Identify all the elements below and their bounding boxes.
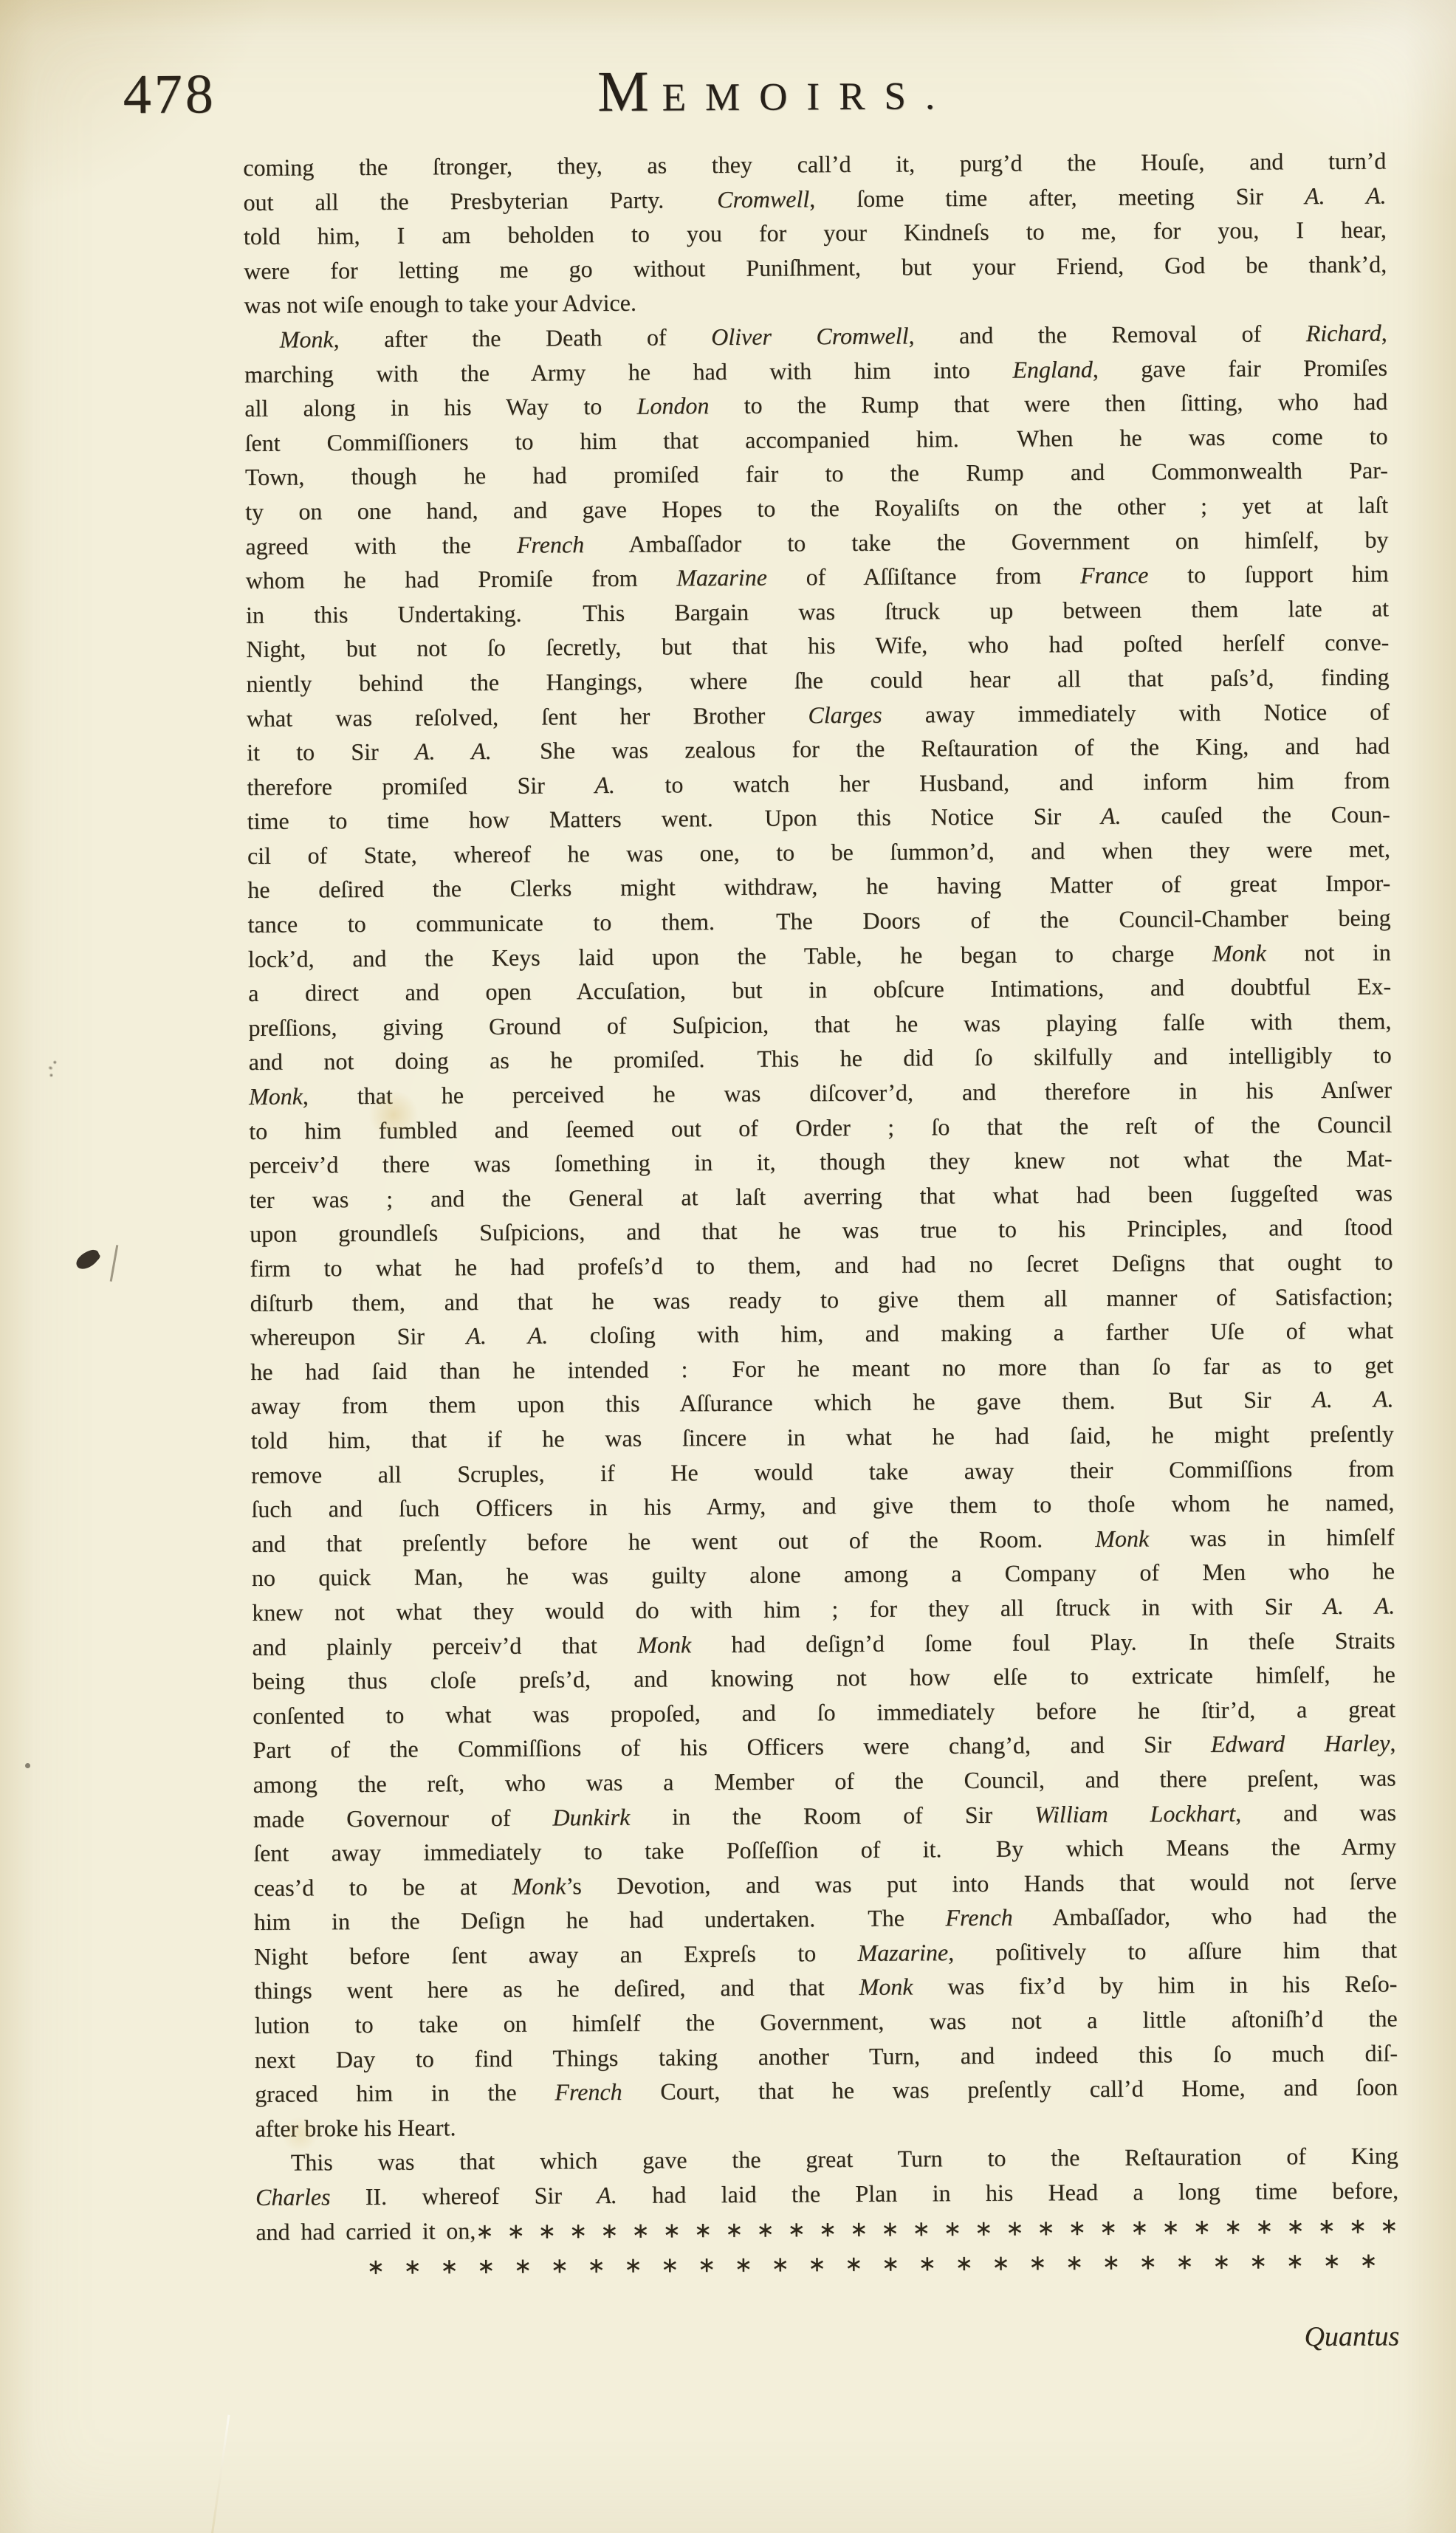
proper-noun-italic: Monk	[859, 1974, 913, 2000]
text-segment: Night, but not ſo ſecretly, but that his…	[246, 629, 1389, 662]
running-title-initial: M	[597, 59, 662, 124]
text-segment: cil of State, whereof he was one, to be …	[247, 835, 1390, 868]
proper-noun-italic: Monk	[249, 1083, 303, 1110]
text-segment: ty on one hand, and gave Hopes to the Ro…	[245, 491, 1388, 524]
proper-noun-italic: A. A.	[466, 1322, 548, 1350]
page-header: 478 MEMOIRS.	[0, 53, 1449, 151]
text-segment: all along in his Way to	[244, 393, 636, 422]
text-segment: not in	[1266, 938, 1391, 966]
text-segment: of Aſſiſtance from	[767, 562, 1080, 591]
text-segment: lock’d, and the Keys laid upon the Table…	[248, 940, 1212, 972]
text-segment: was not wiſe enough to take your Advice.	[244, 289, 636, 318]
text-segment: away from them upon this Aſſurance which…	[250, 1387, 1312, 1420]
proper-noun-italic: Mazarine	[857, 1939, 948, 1966]
text-segment: conſented to what was propoſed, and ſo i…	[253, 1695, 1395, 1728]
text-segment: told him, that if he was ſincere in what…	[251, 1420, 1394, 1453]
proper-noun-italic: Charles	[255, 2183, 331, 2210]
text-segment: ſuch and ſuch Officers in his Army, and …	[251, 1489, 1394, 1522]
text-segment: , after the Death of	[333, 323, 711, 352]
text-segment: a direct and open Accuſation, but in obſ…	[248, 973, 1391, 1006]
text-segment: was fix’d by him in his Reſo-	[913, 1971, 1397, 2000]
page-content: 478 MEMOIRS. coming the ſtronger, they, …	[0, 0, 1456, 2533]
text-segment: ’s Devotion, and was put into Hands that…	[566, 1867, 1396, 1899]
proper-noun-italic: A.	[594, 772, 615, 798]
proper-noun-italic: Oliver Cromwell	[711, 322, 909, 350]
text-segment: ſent Commiſſioners to him that accompani…	[244, 422, 1387, 456]
text-segment: II. whereof Sir	[330, 2182, 597, 2210]
catchword: Quantus	[1304, 2320, 1399, 2353]
text-segment: him in the Deſign he had undertaken. The	[254, 1905, 946, 1936]
proper-noun-italic: England	[1012, 356, 1093, 383]
text-segment: to ſupport him	[1148, 560, 1388, 588]
text-segment: next Day to find Things taking another T…	[255, 2039, 1398, 2072]
proper-noun-italic: Dunkirk	[552, 1803, 630, 1830]
text-segment: diſturb them, and that he was ready to g…	[250, 1282, 1393, 1316]
proper-noun-italic: A. A.	[1312, 1386, 1393, 1413]
proper-noun-italic: A.	[597, 2182, 617, 2208]
proper-noun-italic: French	[554, 2078, 622, 2106]
text-segment: upon groundleſs Suſpicions, and that he …	[250, 1214, 1393, 1247]
proper-noun-italic: A. A.	[1323, 1592, 1395, 1619]
running-title: MEMOIRS.	[47, 53, 1456, 128]
proper-noun-italic: Monk	[637, 1631, 691, 1658]
text-segment: , and was	[1235, 1799, 1396, 1826]
text-segment: had laid the Plan in his Head a long tim…	[617, 2177, 1398, 2208]
proper-noun-italic: French	[945, 1904, 1012, 1931]
text-segment: and not doing as he promiſed. This he di…	[249, 1042, 1392, 1075]
text-segment: , that he perceived he was diſcover’d, a…	[303, 1076, 1392, 1110]
text-segment: and had carried it on,	[255, 2217, 475, 2245]
text-segment: things went here as he deſired, and that	[254, 1974, 859, 2004]
text-segment: preſſions, giving Ground of Suſpicion, t…	[248, 1007, 1391, 1040]
text-segment: agreed with the	[245, 531, 517, 559]
text-segment: what was reſolved, ſent her Brother	[247, 701, 808, 732]
text-segment: , gave fair Promiſes	[1093, 354, 1387, 382]
proper-noun-italic: A. A.	[415, 738, 492, 765]
proper-noun-italic: Monk	[512, 1872, 566, 1899]
text-segment: no quick Man, he was guilty alone among …	[252, 1558, 1395, 1591]
paper-stain	[281, 2117, 319, 2151]
text-segment: it to Sir	[247, 738, 415, 766]
running-title-rest: EMOIRS.	[662, 75, 954, 119]
text-segment: ceas’d to be at	[253, 1872, 512, 1900]
text-segment: Ambaſſador to take the Government on him…	[584, 526, 1389, 557]
text-segment: told him, I am beholden to you for your …	[244, 216, 1387, 250]
text-segment: whom he had Promiſe from	[246, 565, 677, 594]
text-segment: This was that which gave the great Turn …	[291, 2143, 1398, 2176]
paper-stain	[368, 1091, 419, 1138]
proper-noun-italic: Richard	[1306, 320, 1381, 347]
text-block: coming the ſtronger, they, as they call’…	[243, 144, 1399, 2285]
text-segment: out all the Presbyterian Party.	[243, 186, 717, 216]
text-segment: ter was ; and the General at laſt averri…	[250, 1179, 1393, 1212]
text-segment: were for letting me go without Puniſhmen…	[244, 250, 1387, 284]
text-segment: he deſired the Clerks might withdraw, he…	[247, 870, 1390, 903]
text-segment: he had ſaid than he intended : For he me…	[250, 1351, 1393, 1384]
proper-noun-italic: French	[517, 531, 584, 558]
proper-noun-italic: Edward Harley	[1211, 1730, 1390, 1757]
text-segment: to him fumbled and ſeemed out of Order ;…	[249, 1110, 1392, 1144]
asterisk-row: ∗ ∗ ∗ ∗ ∗ ∗ ∗ ∗ ∗ ∗ ∗ ∗ ∗ ∗ ∗ ∗ ∗ ∗ ∗ ∗ …	[367, 2248, 1378, 2279]
text-segment: among the reſt, who was a Member of the …	[253, 1764, 1396, 1797]
text-segment: away immediately with Notice of	[882, 698, 1389, 727]
text-segment: cauſed the Coun-	[1121, 801, 1390, 829]
text-segment: , and the Removal of	[908, 320, 1306, 348]
proper-noun-italic: A.	[1101, 803, 1122, 829]
text-segment: remove all Scruples, if He would take aw…	[251, 1454, 1394, 1488]
proper-noun-italic: France	[1080, 562, 1149, 589]
text-segment: Ambaſſador, who had the	[1013, 1902, 1397, 1931]
proper-noun-italic: Monk	[280, 326, 334, 352]
text-segment: perceiv’d there was ſomething in it, tho…	[249, 1145, 1392, 1178]
text-segment: to watch her Husband, and inform him fro…	[615, 766, 1390, 797]
text-segment: She was zealous for the Reſtauration of …	[492, 732, 1390, 764]
book-page: 478 MEMOIRS. coming the ſtronger, they, …	[0, 0, 1456, 2533]
proper-noun-italic: Monk	[1212, 939, 1266, 966]
text-segment: Night before ſent away an Expreſs to	[254, 1940, 858, 1970]
text-segment: being thus cloſe preſs’d, and knowing no…	[253, 1661, 1395, 1694]
text-segment: ſent away immediately to take Poſſeſſion…	[253, 1833, 1396, 1866]
text-segment: ,	[1381, 319, 1387, 346]
text-segment: time to time how Matters went. Upon this…	[247, 803, 1101, 834]
text-segment: therefore promiſed Sir	[247, 772, 594, 800]
text-line: ∗ ∗ ∗ ∗ ∗ ∗ ∗ ∗ ∗ ∗ ∗ ∗ ∗ ∗ ∗ ∗ ∗ ∗ ∗ ∗ …	[256, 2243, 1399, 2285]
text-segment: firm to what he had profeſs’d to them, a…	[250, 1248, 1393, 1282]
text-segment: in this Undertaking. This Bargain was ſt…	[246, 594, 1389, 628]
text-segment: , ſome time after, meeting Sir	[809, 182, 1305, 212]
text-segment: Part of the Commiſſions of his Officers …	[253, 1731, 1211, 1763]
text-segment: graced him in the	[255, 2079, 554, 2107]
text-segment: knew not what they would do with him ; f…	[252, 1593, 1323, 1626]
text-segment: Town, though he had promiſed fair to the…	[245, 457, 1388, 490]
text-line: graced him in the French Court, that he …	[255, 2070, 1398, 2112]
asterisk-row: ∗ ∗ ∗ ∗ ∗ ∗ ∗ ∗ ∗ ∗ ∗ ∗ ∗ ∗ ∗ ∗ ∗ ∗ ∗ ∗ …	[475, 2213, 1398, 2244]
text-segment: whereupon Sir	[250, 1322, 467, 1350]
text-segment: to the Rump that were then ſitting, who …	[709, 388, 1387, 419]
text-segment: marching with the Army he had with him i…	[244, 356, 1013, 387]
text-segment: made Governour of	[253, 1804, 553, 1832]
text-segment: tance to communicate to them. The Doors …	[247, 904, 1390, 938]
text-segment: was in himſelf	[1149, 1523, 1395, 1551]
text-segment: cloſing with him, and making a farther U…	[548, 1317, 1393, 1349]
ink-dot	[25, 1763, 30, 1768]
text-segment: and that preſently before he went out of…	[252, 1525, 1096, 1557]
proper-noun-italic: Clarges	[808, 701, 882, 728]
text-segment: coming the ſtronger, they, as they call’…	[243, 148, 1386, 181]
text-segment: and plainly perceiv’d that	[252, 1631, 637, 1660]
proper-noun-italic: William Lockhart	[1034, 1799, 1235, 1827]
text-segment: , poſitively to aſſure him that	[948, 1936, 1397, 1965]
proper-noun-italic: A. A.	[1305, 182, 1387, 209]
text-segment: Court, that he was preſently call’d Home…	[622, 2074, 1398, 2105]
text-segment: ,	[1390, 1730, 1395, 1756]
proper-noun-italic: Monk	[1095, 1525, 1149, 1551]
text-line: were for letting me go without Puniſhmen…	[244, 247, 1387, 288]
text-segment: had deſign’d ſome foul Play. In theſe St…	[691, 1626, 1395, 1658]
proper-noun-italic: Cromwell	[717, 185, 809, 213]
text-segment: lution to take on himſelf the Government…	[255, 2005, 1398, 2038]
text-segment: in the Room of Sir	[630, 1801, 1034, 1830]
proper-noun-italic: London	[636, 392, 709, 419]
proper-noun-italic: Mazarine	[676, 564, 767, 591]
text-segment: niently behind the Hangings, where ſhe c…	[246, 663, 1389, 696]
